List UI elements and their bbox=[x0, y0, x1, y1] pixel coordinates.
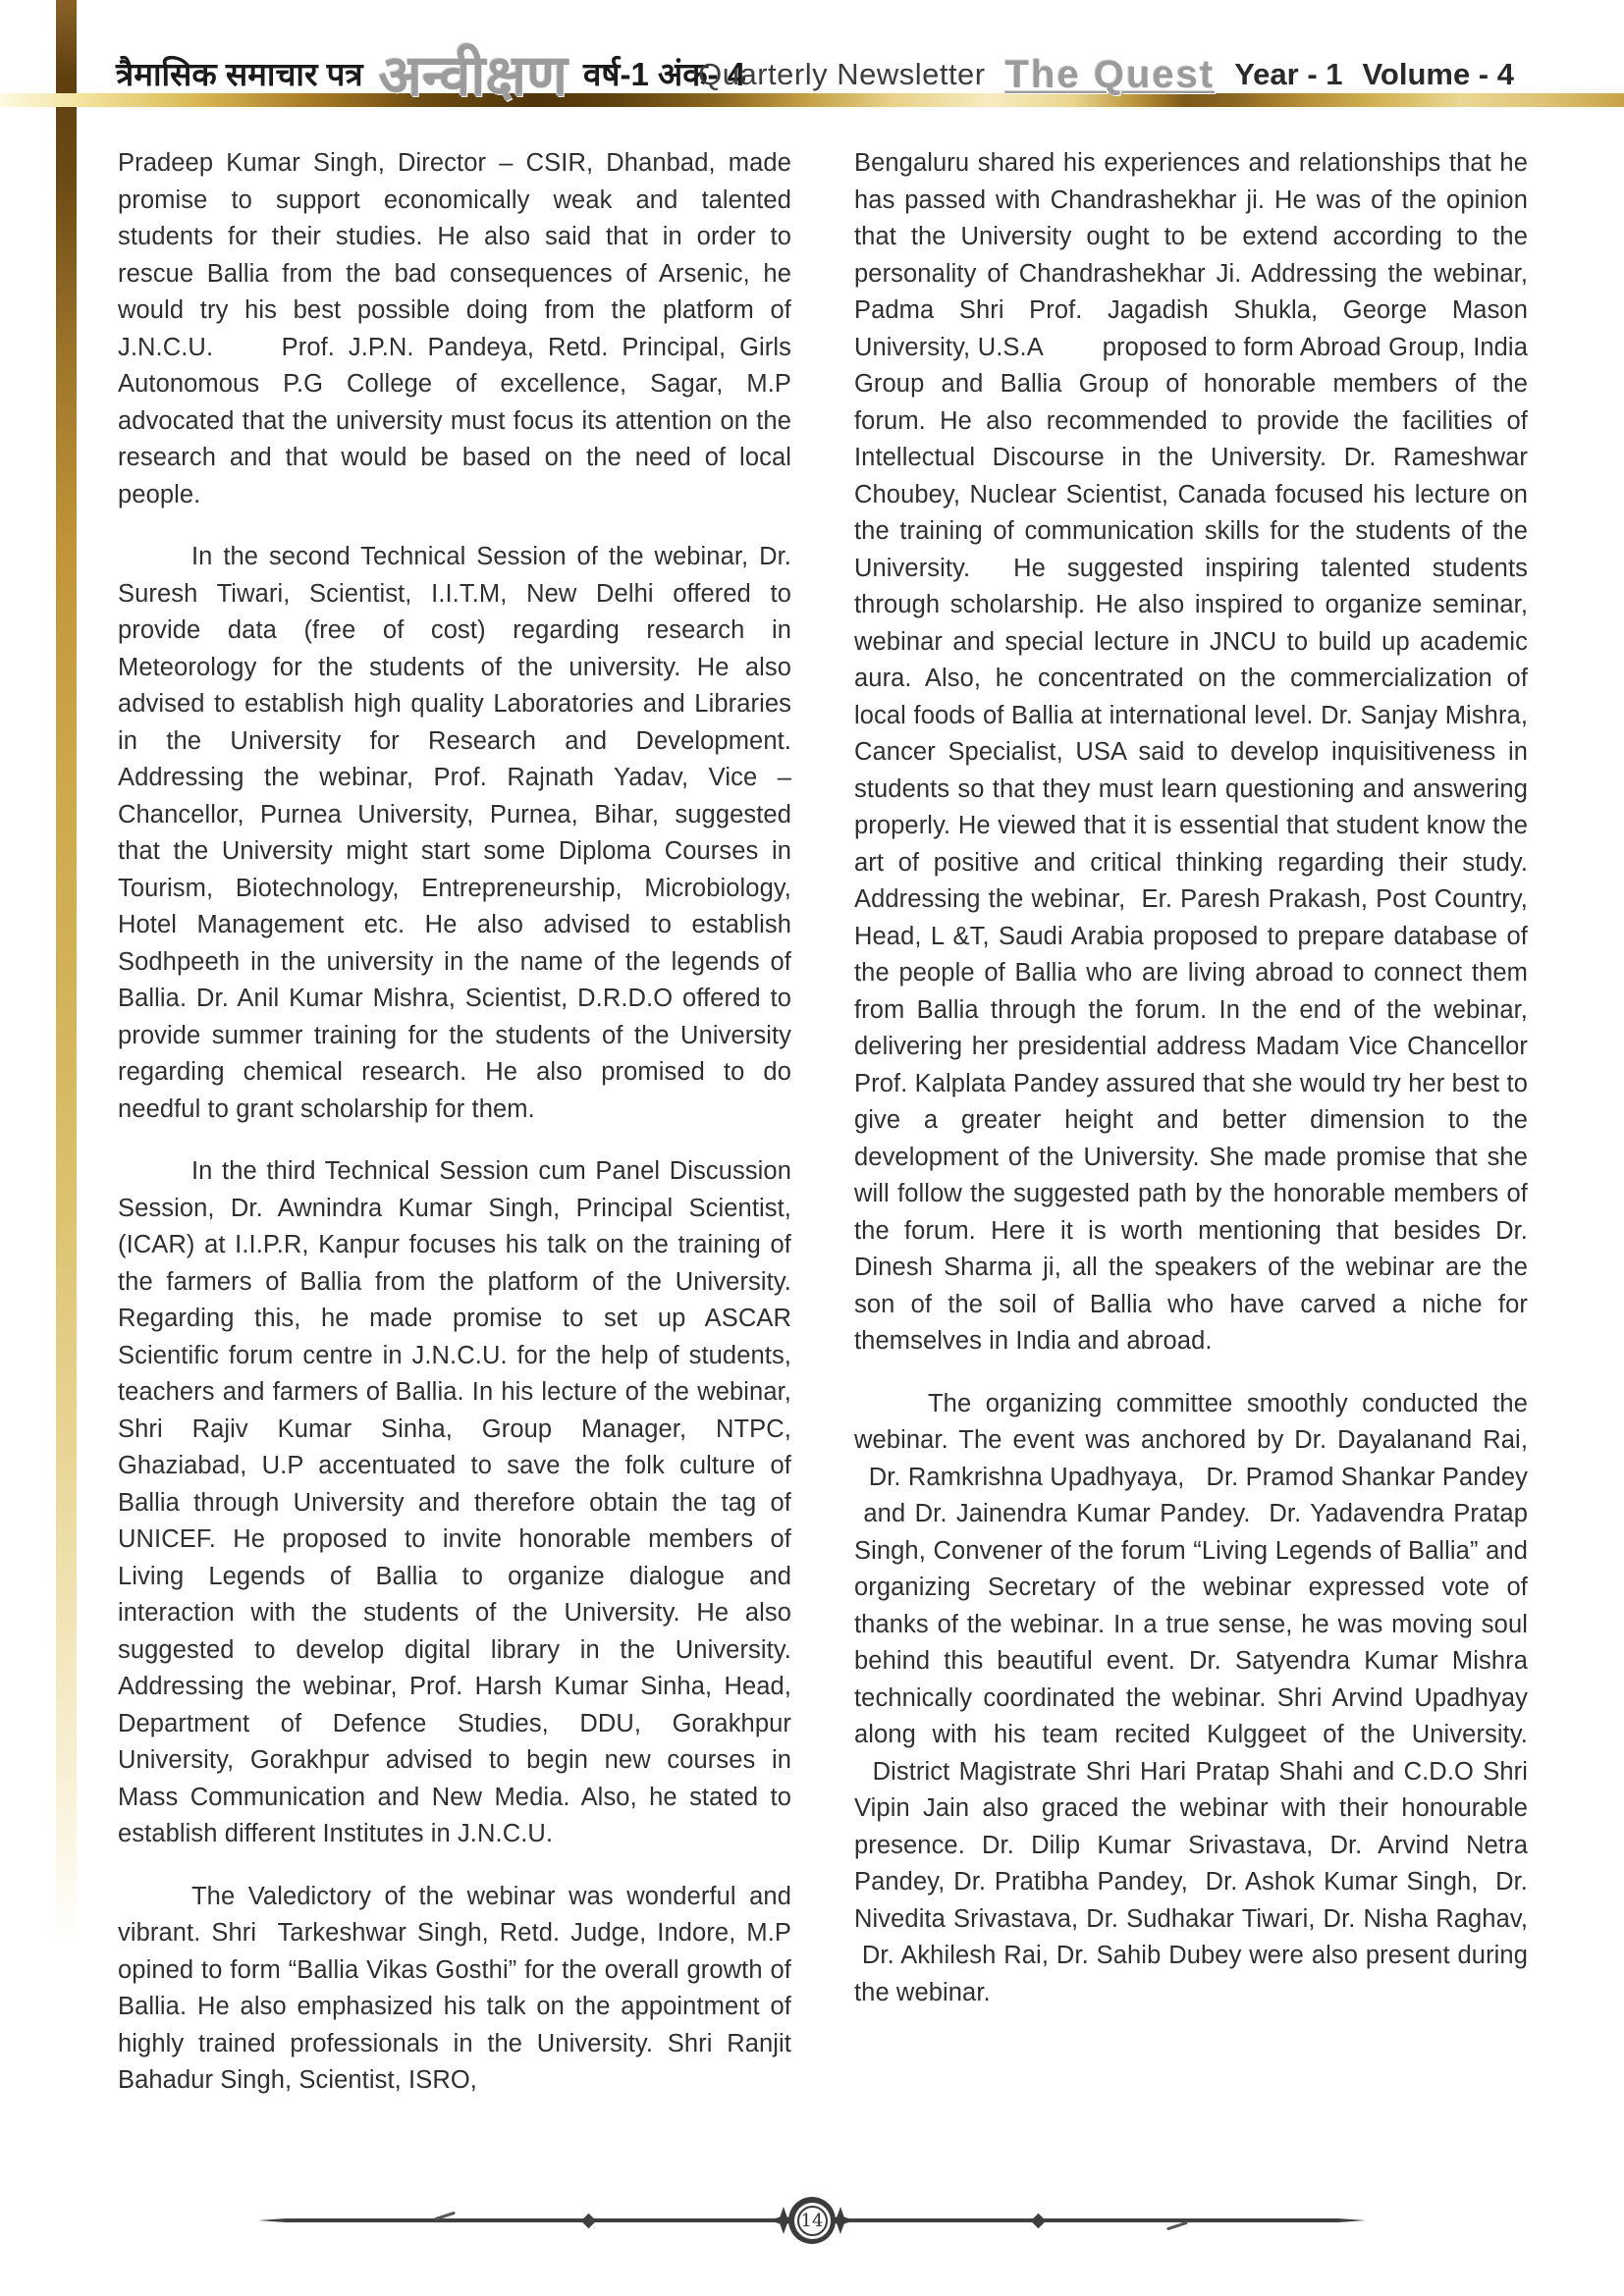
right-column: Bengaluru shared his experiences and rel… bbox=[854, 145, 1528, 2125]
page-number-circle: 14 bbox=[788, 2197, 836, 2244]
newsletter-logo-hindi: अन्वीक्षण bbox=[379, 51, 568, 102]
paragraph-left-1: Pradeep Kumar Singh, Director – CSIR, Dh… bbox=[118, 145, 791, 513]
newsletter-type-hindi: त्रैमासिक समाचार पत्र bbox=[116, 57, 363, 92]
paragraph-right-2: The organizing committee smoothly conduc… bbox=[854, 1386, 1528, 2012]
page-number: 14 bbox=[801, 2211, 824, 2231]
article-body: Pradeep Kumar Singh, Director – CSIR, Dh… bbox=[118, 145, 1529, 2125]
newsletter-logo-english: The Quest bbox=[1005, 57, 1216, 92]
year-label: Year - 1 bbox=[1234, 57, 1342, 92]
page-number-badge: 14 bbox=[770, 2197, 854, 2244]
paragraph-left-2: In the second Technical Session of the w… bbox=[118, 539, 791, 1128]
paragraph-left-3: In the third Technical Session cum Panel… bbox=[118, 1153, 791, 1853]
left-column: Pradeep Kumar Singh, Director – CSIR, Dh… bbox=[118, 145, 791, 2125]
footer-diamond-left bbox=[581, 2213, 597, 2228]
volume-label: Volume - 4 bbox=[1363, 57, 1514, 92]
footer-flourish-right bbox=[1166, 2221, 1188, 2231]
left-gold-bar bbox=[56, 0, 77, 1949]
paragraph-left-4: The Valedictory of the webinar was wonde… bbox=[118, 1879, 791, 2100]
header-left: त्रैमासिक समाचार पत्र अन्वीक्षण वर्ष-1 अ… bbox=[116, 24, 745, 92]
page-footer: 14 bbox=[0, 2189, 1624, 2258]
newsletter-page: { "header": { "left": { "prefix": "त्रैम… bbox=[0, 0, 1624, 2296]
newsletter-type-english: Quarterly Newsletter bbox=[698, 57, 986, 92]
header-right: Quarterly Newsletter The Quest Year - 1 … bbox=[698, 39, 1514, 92]
footer-diamond-right bbox=[1031, 2213, 1047, 2228]
header-gold-rule bbox=[0, 93, 1624, 107]
paragraph-right-1: Bengaluru shared his experiences and rel… bbox=[854, 145, 1528, 1361]
